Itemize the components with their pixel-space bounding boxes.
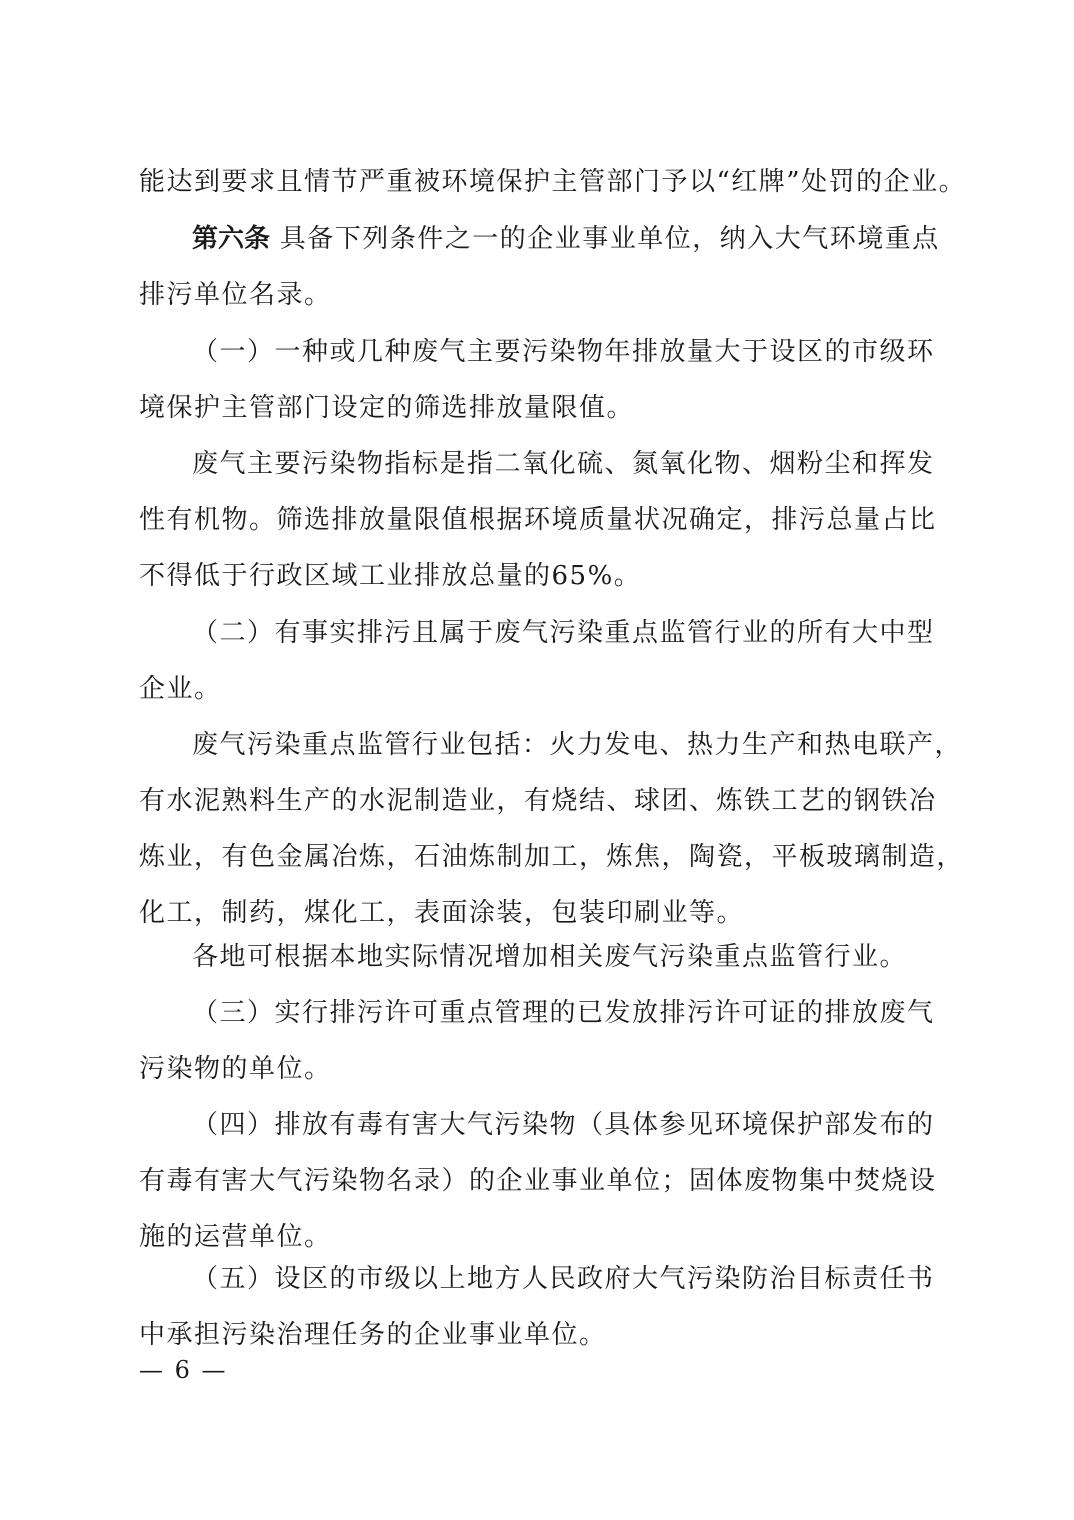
text-line: 化工，制药，煤化工，表面涂装，包装印刷业等。 [139,896,939,930]
clause-1-line: （一）一种或几种废气主要污染物年排放量大于设区的市级环 [192,335,992,369]
text-line: 境保护主管部门设定的筛选排放量限值。 [139,391,939,425]
text-line: 有水泥熟料生产的水泥制造业，有烧结、球团、炼铁工艺的钢铁冶 [139,784,939,818]
text-line: 炼业，有色金属冶炼，石油炼制加工，炼焦，陶瓷，平板玻璃制造， [139,840,939,874]
text-line: 污染物的单位。 [139,1052,939,1086]
document-page: 能达到要求且情节严重被环境保护主管部门予以“红牌”处罚的企业。 第六条 具备下列… [0,0,1074,1520]
article-heading: 第六条 [192,224,270,254]
text-line: 排污单位名录。 [139,278,939,312]
paragraph-line: 废气主要污染物指标是指二氧化硫、氮氧化物、烟粉尘和挥发 [192,447,992,481]
text-line: 性有机物。筛选排放量限值根据环境质量状况确定，排污总量占比 [139,503,939,537]
page-number: — 6 — [139,1355,228,1385]
paragraph-line: 各地可根据本地实际情况增加相关废气污染重点监管行业。 [192,940,992,974]
clause-4-line: （四）排放有毒有害大气污染物（具体参见环境保护部发布的 [192,1108,992,1142]
paragraph-line: 废气污染重点监管行业包括：火力发电、热力生产和热电联产， [192,728,992,762]
text-line: 能达到要求且情节严重被环境保护主管部门予以“红牌”处罚的企业。 [139,165,939,199]
article-six-line: 第六条 具备下列条件之一的企业事业单位，纳入大气环境重点 [192,222,992,256]
clause-2-line: （二）有事实排污且属于废气污染重点监管行业的所有大中型 [192,616,992,650]
text-line: 中承担污染治理任务的企业事业单位。 [139,1318,939,1352]
article-text: 具备下列条件之一的企业事业单位，纳入大气环境重点 [270,224,940,254]
clause-3-line: （三）实行排污许可重点管理的已发放排污许可证的排放废气 [192,996,992,1030]
clause-5-line: （五）设区的市级以上地方人民政府大气污染防治目标责任书 [192,1262,992,1296]
text-line: 施的运营单位。 [139,1220,939,1254]
text-line: 不得低于行政区域工业排放总量的65%。 [139,559,939,593]
text-line: 企业。 [139,672,939,706]
text-line: 有毒有害大气污染物名录）的企业事业单位；固体废物集中焚烧设 [139,1164,939,1198]
